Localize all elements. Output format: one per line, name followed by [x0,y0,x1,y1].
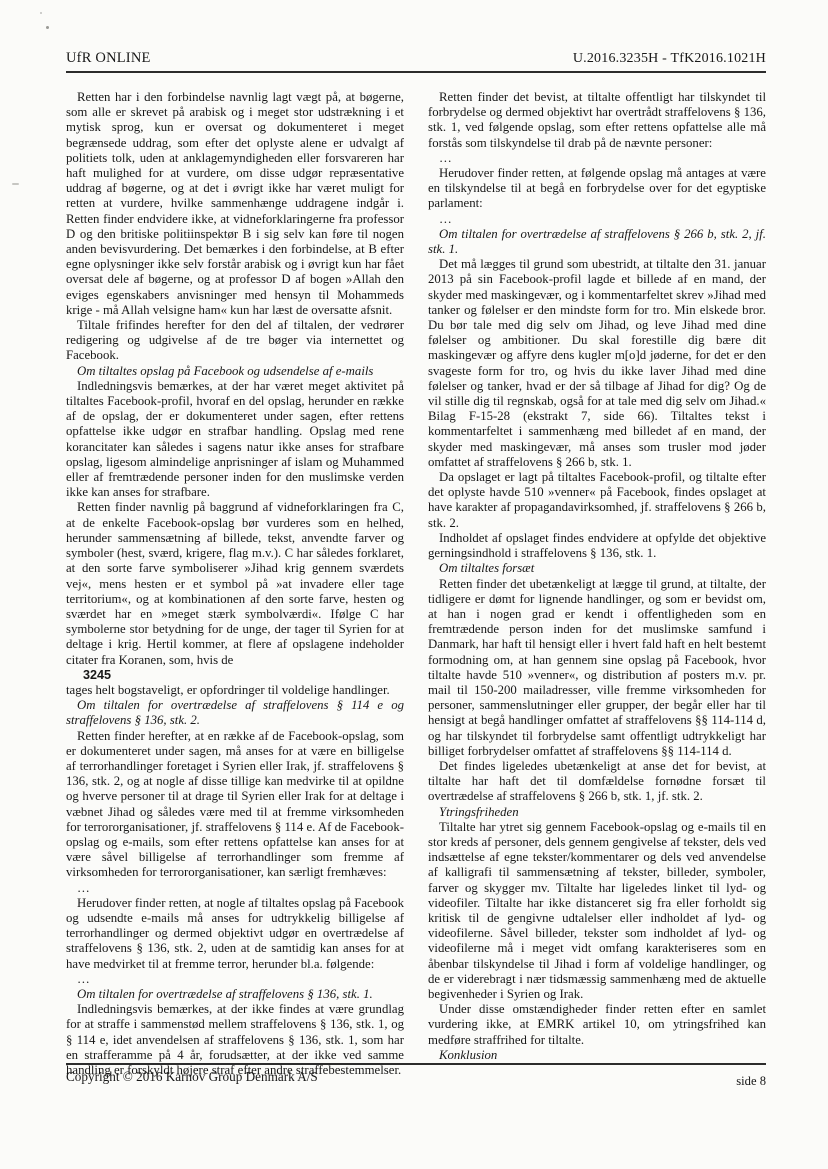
paragraph: Indholdet af opslaget findes endvidere a… [428,531,766,561]
scan-artifact [46,26,49,29]
left-column: Retten har i den forbindelse navnlig lag… [66,90,404,1078]
journal-title: UfR ONLINE [66,50,151,67]
paragraph: Indledningsvis bemærkes, at der har være… [66,379,404,501]
copyright-notice: Copyright © 2016 Karnov Group Denmark A/… [66,1069,318,1089]
paragraph: Herudover finder retten, at nogle af til… [66,896,404,972]
paragraph: Det må lægges til grund som ubestridt, a… [428,257,766,470]
section-heading: Om tiltaltes forsæt [428,561,766,576]
ellipsis-omission: … [66,972,404,987]
scan-artifact [40,12,42,14]
right-column: Retten finder det bevist, at tiltalte of… [428,90,766,1078]
page-footer: Copyright © 2016 Karnov Group Denmark A/… [66,1063,766,1089]
paragraph: Da opslaget er lagt på tiltaltes Faceboo… [428,470,766,531]
paragraph-continuation: tages helt bogstaveligt, er opfordringer… [66,683,404,698]
ellipsis-omission: … [428,151,766,166]
section-heading: Konklusion [428,1048,766,1063]
page-number-marker: 3245 [66,668,404,683]
paragraph: Retten finder herefter, at en række af d… [66,729,404,881]
paragraph: Under disse omstændigheder finder retten… [428,1002,766,1048]
ellipsis-omission: … [66,881,404,896]
paragraph: Retten har i den forbindelse navnlig lag… [66,90,404,318]
ellipsis-omission: … [428,212,766,227]
section-heading: Ytringsfriheden [428,805,766,820]
section-heading: Om tiltalen for overtrædelse af straffel… [66,698,404,728]
content-columns: Retten har i den forbindelse navnlig lag… [66,90,766,1078]
paragraph: Tiltale frifindes herefter for den del a… [66,318,404,364]
page-number: side 8 [736,1074,766,1089]
case-reference: U.2016.3235H - TfK2016.1021H [573,51,766,67]
paragraph: Det findes ligeledes ubetænkeligt at ans… [428,759,766,805]
section-heading: Om tiltalen for overtrædelse af straffel… [428,227,766,257]
section-heading: Om tiltalen for overtrædelse af straffel… [66,987,404,1002]
page-header: UfR ONLINE U.2016.3235H - TfK2016.1021H [66,50,766,73]
section-heading: Om tiltaltes opslag på Facebook og udsen… [66,364,404,379]
paragraph: Herudover finder retten, at følgende ops… [428,166,766,212]
paragraph: Retten finder det ubetænkeligt at lægge … [428,577,766,759]
paragraph: Retten finder navnlig på baggrund af vid… [66,500,404,667]
paragraph: Tiltalte har ytret sig gennem Facebook-o… [428,820,766,1002]
document-page: UfR ONLINE U.2016.3235H - TfK2016.1021H … [0,0,828,1169]
paragraph: Retten finder det bevist, at tiltalte of… [428,90,766,151]
scan-artifact [12,183,19,185]
